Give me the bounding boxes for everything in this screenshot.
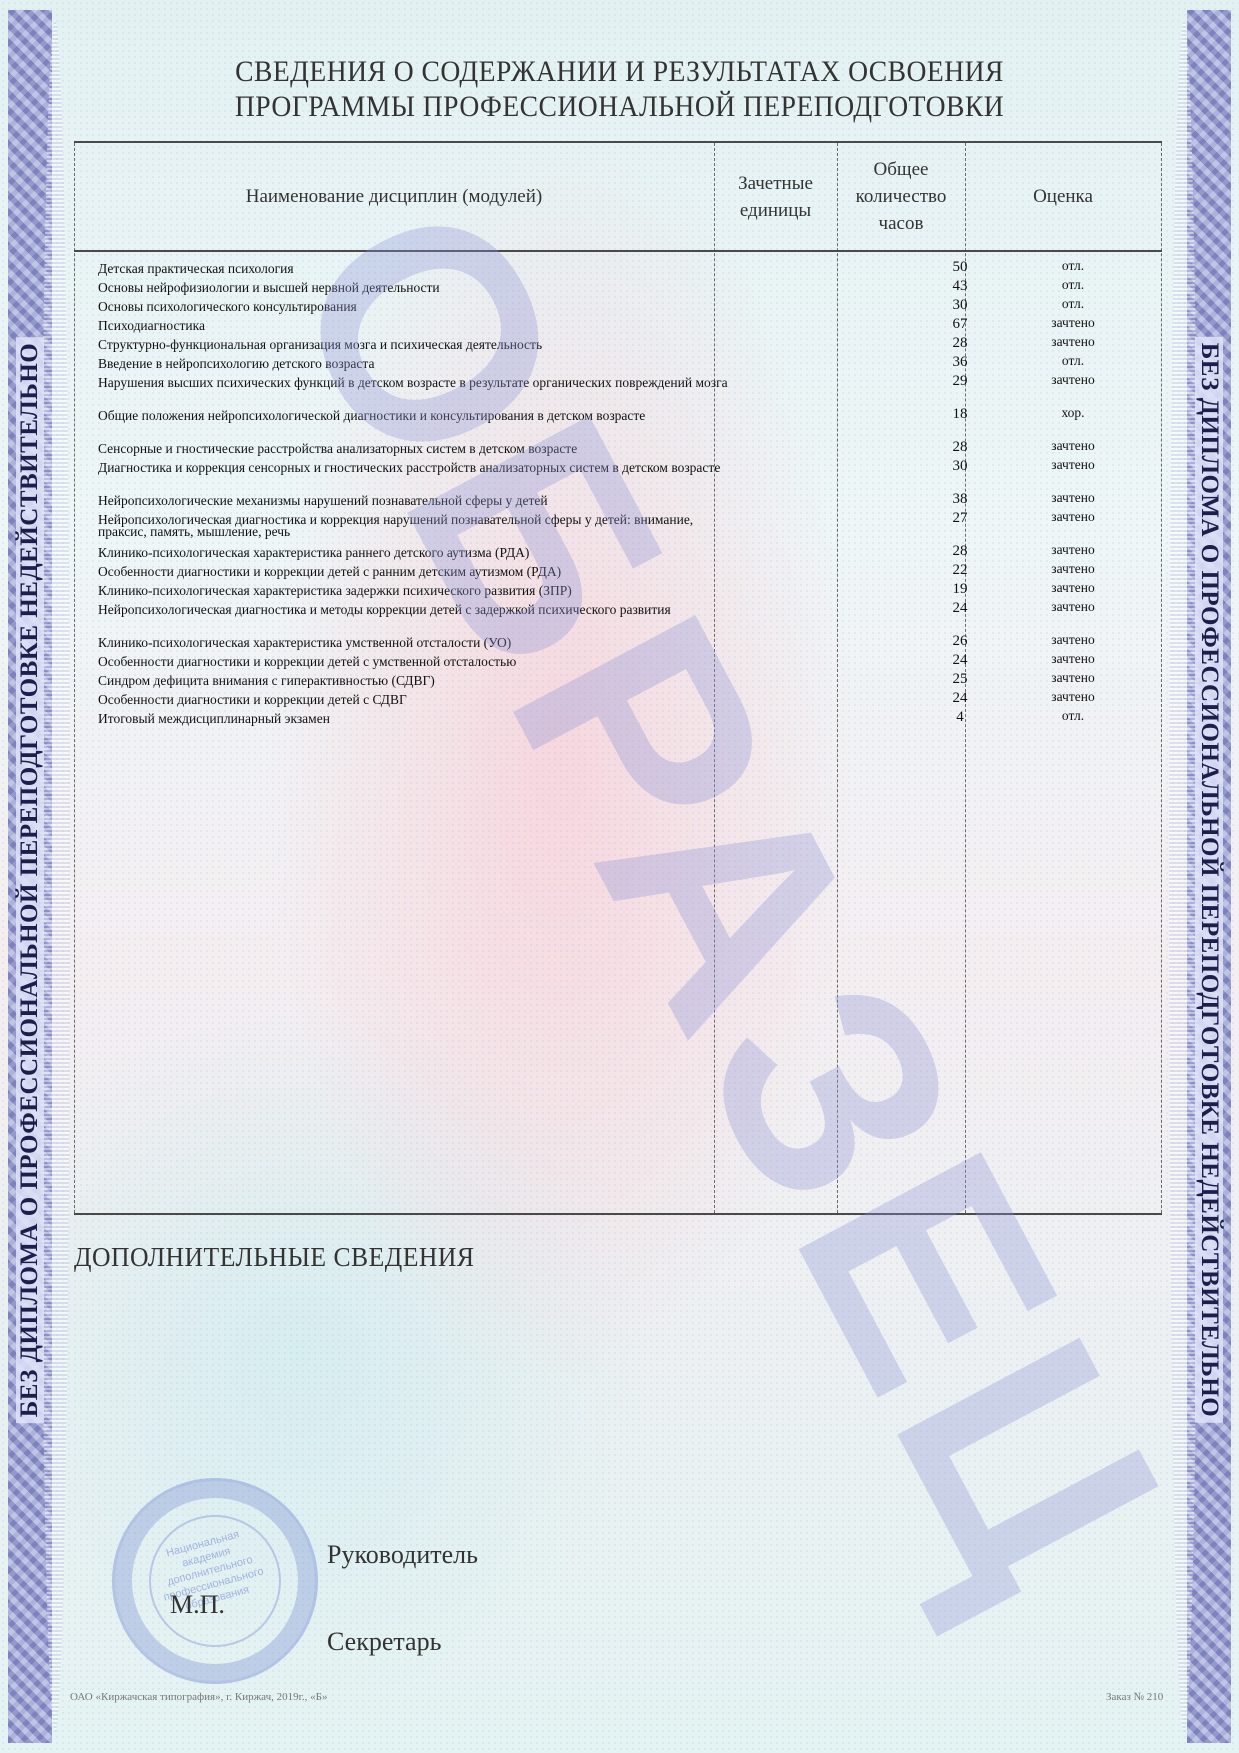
- seal-place-label: М.П.: [170, 1590, 225, 1620]
- hours-value: 25: [930, 673, 990, 685]
- discipline-name: Психодиагностика: [98, 317, 738, 332]
- grade-value: отл.: [1023, 355, 1123, 367]
- discipline-name: Особенности диагностики и коррекции дете…: [98, 653, 738, 668]
- table-row: Сенсорные и гностические расстройства ан…: [98, 440, 1162, 459]
- grade-value: зачтено: [1023, 563, 1123, 575]
- discipline-name: Основы нейрофизиологии и высшей нервной …: [98, 279, 738, 294]
- header-hours-line3: часов: [856, 210, 947, 237]
- grade-value: зачтено: [1023, 511, 1123, 523]
- hours-value: 4: [930, 711, 990, 723]
- left-wave-ornament: [40, 20, 70, 1733]
- grade-value: зачтено: [1023, 601, 1123, 613]
- hours-value: 36: [930, 356, 990, 368]
- hours-value: 28: [930, 441, 990, 453]
- table-row: Клинико-психологическая характеристика р…: [98, 544, 1162, 563]
- discipline-name: Структурно-функциональная организация мо…: [98, 336, 738, 351]
- hours-value: 43: [930, 280, 990, 292]
- table-row: Диагностика и коррекция сенсорных и гнос…: [98, 459, 1162, 492]
- table-row: Нейропсихологическая диагностика и метод…: [98, 601, 1162, 634]
- grade-value: зачтено: [1023, 653, 1123, 665]
- hours-value: 22: [930, 564, 990, 576]
- discipline-name: Введение в нейропсихологию детского возр…: [98, 355, 738, 370]
- hours-value: 29: [930, 375, 990, 387]
- table-row: Общие положения нейропсихологической диа…: [98, 407, 1162, 440]
- disciplines-table: Наименование дисциплин (модулей) Зачетны…: [74, 141, 1162, 1215]
- discipline-name: Клинико-психологическая характеристика у…: [98, 634, 738, 649]
- discipline-name: Клинико-психологическая характеристика з…: [98, 582, 738, 597]
- header-hours: Общее количество часов: [837, 143, 965, 250]
- table-row: Введение в нейропсихологию детского возр…: [98, 355, 1162, 374]
- table-row: Клинико-психологическая характеристика у…: [98, 634, 1162, 653]
- grade-value: зачтено: [1023, 582, 1123, 594]
- discipline-name: Нейропсихологическая диагностика и метод…: [98, 601, 738, 616]
- discipline-name: Основы психологического консультирования: [98, 298, 738, 313]
- hours-value: 19: [930, 583, 990, 595]
- order-number: Заказ № 210: [1106, 1691, 1163, 1703]
- table-row: Основы нейрофизиологии и высшей нервной …: [98, 279, 1162, 298]
- discipline-name: Синдром дефицита внимания с гиперактивно…: [98, 672, 738, 687]
- grade-value: зачтено: [1023, 459, 1123, 471]
- discipline-name: Общие положения нейропсихологической диа…: [98, 407, 738, 422]
- grade-value: зачтено: [1023, 691, 1123, 703]
- grade-value: зачтено: [1023, 374, 1123, 386]
- secretary-signature-label: Секретарь: [327, 1627, 441, 1657]
- grade-value: отл.: [1023, 298, 1123, 310]
- head-signature-label: Руководитель: [327, 1540, 478, 1570]
- table-row: Нейропсихологические механизмы нарушений…: [98, 492, 1162, 511]
- discipline-name: Нарушения высших психических функций в д…: [98, 374, 738, 389]
- hours-value: 24: [930, 602, 990, 614]
- hours-value: 50: [930, 261, 990, 273]
- discipline-name: Особенности диагностики и коррекции дете…: [98, 563, 738, 578]
- grade-value: зачтено: [1023, 672, 1123, 684]
- grade-value: зачтено: [1023, 336, 1123, 348]
- page-title: СВЕДЕНИЯ О СОДЕРЖАНИИ И РЕЗУЛЬТАТАХ ОСВО…: [50, 54, 1190, 124]
- discipline-name: Нейропсихологические механизмы нарушений…: [98, 492, 738, 507]
- hours-value: 67: [930, 318, 990, 330]
- grade-value: отл.: [1023, 710, 1123, 722]
- header-divider: [74, 250, 1162, 252]
- hours-value: 28: [930, 545, 990, 557]
- hours-value: 18: [930, 408, 990, 420]
- header-hours-line2: количество: [856, 183, 947, 210]
- discipline-name: Клинико-психологическая характеристика р…: [98, 544, 738, 559]
- table-row: Итоговый междисциплинарный экзамен4отл.: [98, 710, 1162, 729]
- grade-value: зачтено: [1023, 440, 1123, 452]
- printer-imprint: ОАО «Киржачская типография», г. Киржач, …: [70, 1691, 328, 1703]
- grade-value: зачтено: [1023, 492, 1123, 504]
- table-row: Структурно-функциональная организация мо…: [98, 336, 1162, 355]
- header-credits: Зачетные единицы: [714, 143, 837, 250]
- table-row: Нарушения высших психических функций в д…: [98, 374, 1162, 407]
- grade-value: отл.: [1023, 279, 1123, 291]
- header-hours-line1: Общее: [856, 156, 947, 183]
- discipline-name: Нейропсихологическая диагностика и корре…: [98, 511, 738, 538]
- grade-value: зачтено: [1023, 544, 1123, 556]
- table-row: Синдром дефицита внимания с гиперактивно…: [98, 672, 1162, 691]
- grade-value: зачтено: [1023, 317, 1123, 329]
- table-row: Психодиагностика67зачтено: [98, 317, 1162, 336]
- table-row: Детская практическая психология50отл.: [98, 260, 1162, 279]
- title-line-2: ПРОГРАММЫ ПРОФЕССИОНАЛЬНОЙ ПЕРЕПОДГОТОВК…: [50, 89, 1190, 124]
- hours-value: 24: [930, 692, 990, 704]
- discipline-name: Итоговый междисциплинарный экзамен: [98, 710, 738, 725]
- hours-value: 30: [930, 299, 990, 311]
- table-row: Основы психологического консультирования…: [98, 298, 1162, 317]
- table-row: Клинико-психологическая характеристика з…: [98, 582, 1162, 601]
- left-border-text: БЕЗ ДИПЛОМА О ПРОФЕССИОНАЛЬНОЙ ПЕРЕПОДГО…: [16, 337, 44, 1423]
- hours-value: 27: [930, 512, 990, 524]
- table-row: Особенности диагностики и коррекции дете…: [98, 691, 1162, 710]
- header-credits-line1: Зачетные: [738, 170, 813, 197]
- table-row: Особенности диагностики и коррекции дете…: [98, 653, 1162, 672]
- official-stamp: Национальная академия дополнительного пр…: [112, 1478, 318, 1684]
- right-border-text: БЕЗ ДИПЛОМА О ПРОФЕССИОНАЛЬНОЙ ПЕРЕПОДГО…: [1195, 337, 1223, 1423]
- header-credits-line2: единицы: [738, 197, 813, 224]
- discipline-name: Детская практическая психология: [98, 260, 738, 275]
- grade-value: зачтено: [1023, 634, 1123, 646]
- table-body: Детская практическая психология50отл.Осн…: [98, 260, 1162, 729]
- grade-value: хор.: [1023, 407, 1123, 419]
- table-row: Особенности диагностики и коррекции дете…: [98, 563, 1162, 582]
- hours-value: 24: [930, 654, 990, 666]
- grade-value: отл.: [1023, 260, 1123, 272]
- discipline-name: Диагностика и коррекция сенсорных и гнос…: [98, 459, 738, 474]
- hours-value: 30: [930, 460, 990, 472]
- discipline-name: Особенности диагностики и коррекции дете…: [98, 691, 738, 706]
- additional-info-title: ДОПОЛНИТЕЛЬНЫЕ СВЕДЕНИЯ: [74, 1242, 474, 1273]
- hours-value: 28: [930, 337, 990, 349]
- hours-value: 38: [930, 493, 990, 505]
- header-grade: Оценка: [965, 143, 1161, 250]
- table-row: Нейропсихологическая диагностика и корре…: [98, 511, 1162, 544]
- hours-value: 26: [930, 635, 990, 647]
- title-line-1: СВЕДЕНИЯ О СОДЕРЖАНИИ И РЕЗУЛЬТАТАХ ОСВО…: [50, 54, 1190, 89]
- discipline-name: Сенсорные и гностические расстройства ан…: [98, 440, 738, 455]
- header-discipline: Наименование дисциплин (модулей): [74, 143, 714, 250]
- column-divider: [74, 143, 75, 1213]
